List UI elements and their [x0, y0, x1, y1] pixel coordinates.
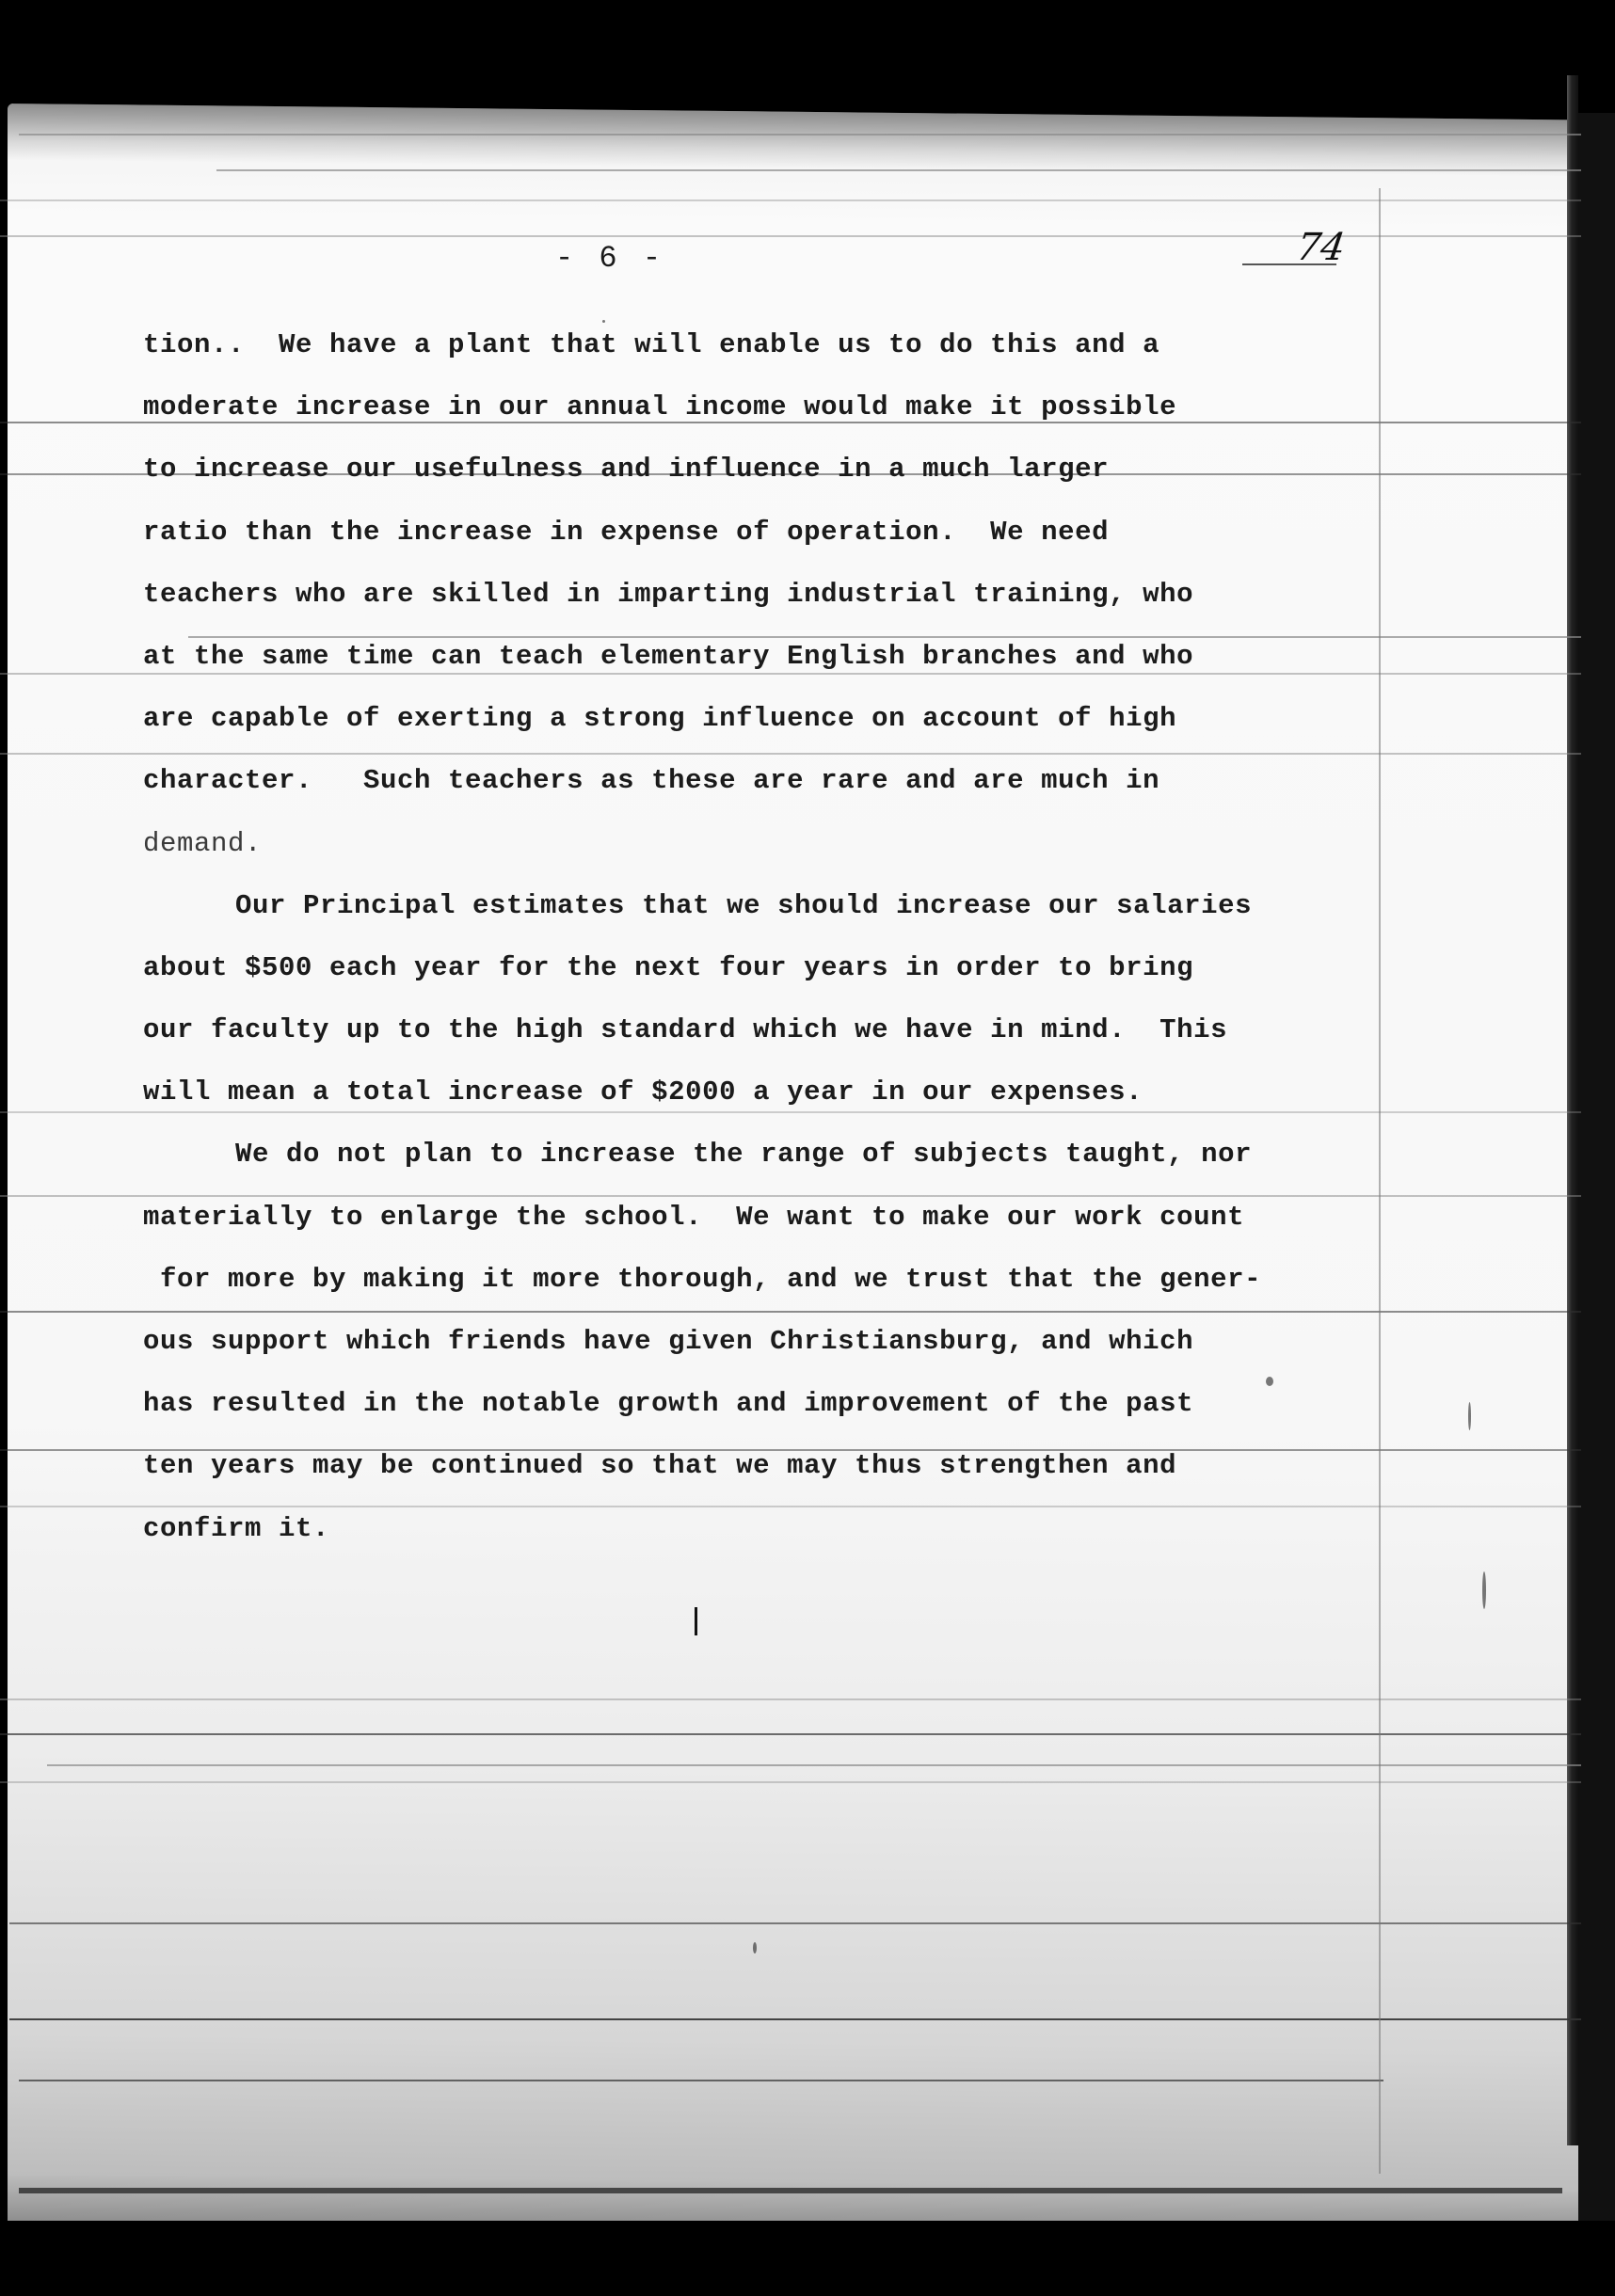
text-line: ous support which friends have given Chr… [143, 1328, 1367, 1390]
scan-speck [1468, 1402, 1471, 1430]
text-line: at the same time can teach elementary En… [143, 643, 1367, 705]
scan-artifact-mark [695, 1607, 697, 1635]
paragraph-start-line: Our Principal estimates that we should i… [143, 892, 1367, 954]
page-right-edge [1567, 75, 1578, 2145]
scan-artifact-line [47, 1764, 1581, 1766]
scan-artifact-line [0, 1733, 1581, 1735]
text-line: confirm it. [143, 1515, 1367, 1577]
scan-artifact-line [19, 2080, 1383, 2081]
page-number: - 6 - [555, 241, 664, 276]
scan-artifact-line [0, 1698, 1581, 1700]
text-line: are capable of exerting a strong influen… [143, 705, 1367, 767]
text-line: moderate increase in our annual income w… [143, 393, 1367, 455]
text-line: ten years may be continued so that we ma… [143, 1452, 1367, 1514]
text-line: about $500 each year for the next four y… [143, 954, 1367, 1016]
paragraph-start-line: We do not plan to increase the range of … [143, 1140, 1367, 1203]
text-line: has resulted in the notable growth and i… [143, 1390, 1367, 1452]
scan-speck [753, 1942, 757, 1953]
scan-artifact-vertical-line [1379, 188, 1381, 2174]
scan-artifact-line [0, 1781, 1581, 1783]
folio-underline [1242, 263, 1336, 265]
scan-artifact-line [0, 199, 1581, 201]
text-line: character. Such teachers as these are ra… [143, 767, 1367, 829]
scan-artifact-line [19, 2188, 1562, 2193]
scan-artifact-line [9, 2018, 1581, 2020]
scan-margin-bottom [0, 2221, 1615, 2296]
scan-speck [602, 320, 605, 323]
text-line: will mean a total increase of $2000 a ye… [143, 1078, 1367, 1140]
scan-artifact-line [9, 1922, 1581, 1924]
text-line: for more by making it more thorough, and… [143, 1266, 1367, 1328]
scan-margin-right [1578, 113, 1615, 2240]
text-line: tion.. We have a plant that will enable … [143, 331, 1367, 393]
page-top-shadow [8, 104, 1584, 177]
scan-artifact-line [216, 169, 1581, 171]
scan-artifact-line [19, 134, 1581, 136]
text-line: ratio than the increase in expense of op… [143, 518, 1367, 581]
text-line: materially to enlarge the school. We wan… [143, 1204, 1367, 1266]
typewritten-body: tion.. We have a plant that will enable … [143, 331, 1367, 1577]
text-line: our faculty up to the high standard whic… [143, 1016, 1367, 1078]
text-line: teachers who are skilled in imparting in… [143, 581, 1367, 643]
text-line: to increase our usefulness and influence… [143, 455, 1367, 518]
scan-speck [1482, 1571, 1486, 1609]
text-line: demand. [143, 830, 1367, 892]
